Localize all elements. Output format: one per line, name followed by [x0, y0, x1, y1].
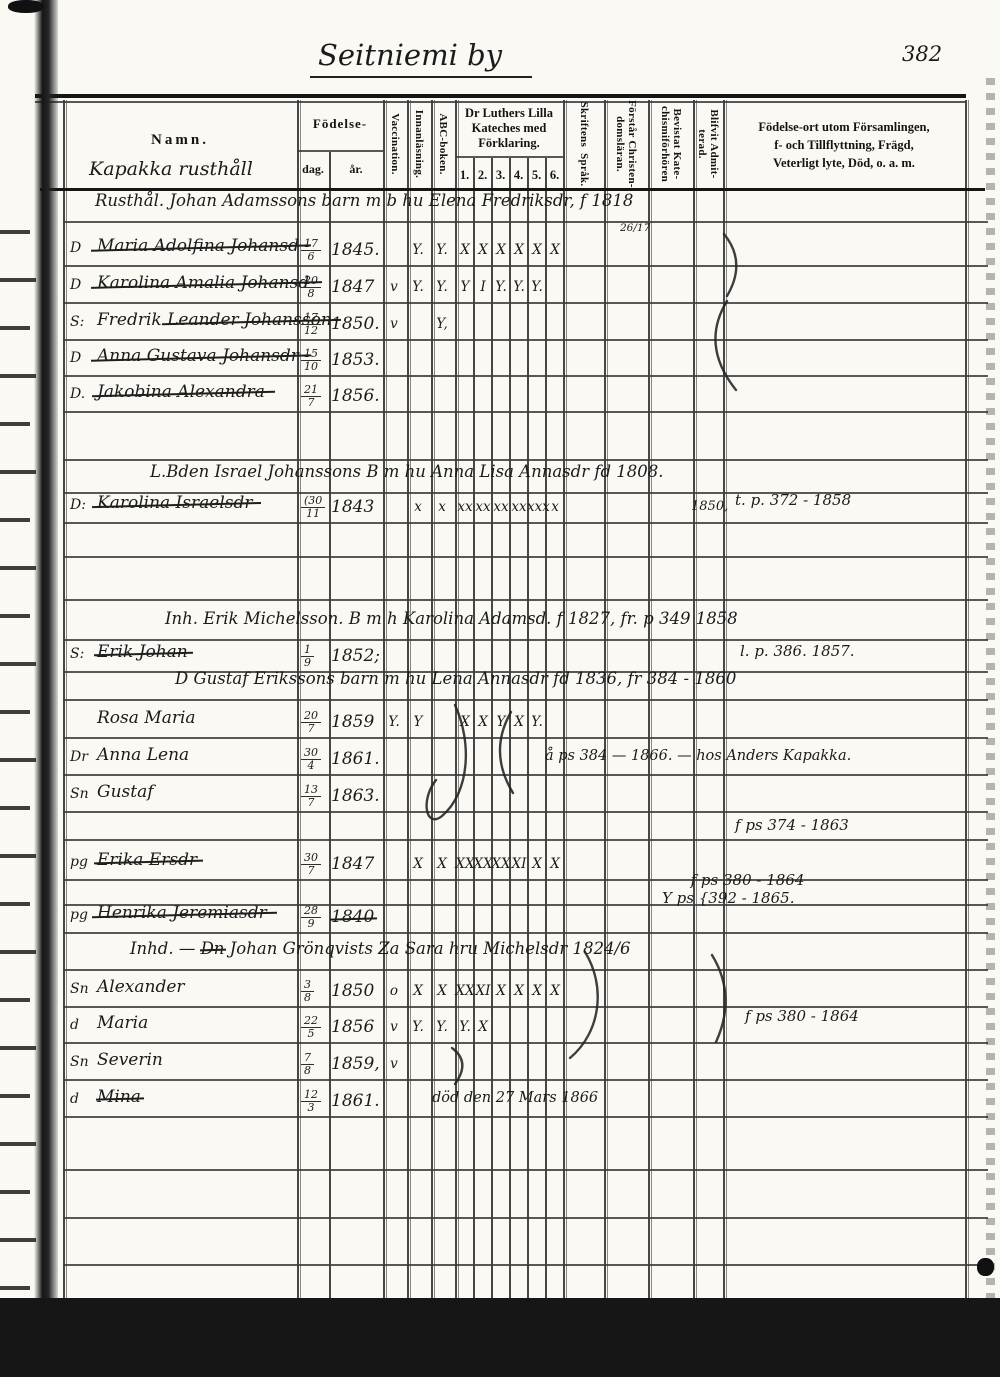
birth-month: 5	[308, 1028, 315, 1039]
birth-month: 10	[304, 361, 318, 372]
row-prefix: Sn	[70, 786, 89, 802]
birth-date: 176	[301, 238, 321, 262]
stitch-mark	[0, 518, 30, 522]
page-number: 382	[902, 42, 942, 66]
person-name-text: Rosa Maria	[97, 708, 196, 728]
birth-date: 225	[301, 1015, 321, 1039]
birth-day: 30	[301, 852, 321, 865]
person-name-text: Henrika Jeremiasdr	[97, 903, 267, 923]
row-prefix: D	[70, 350, 81, 366]
birth-year: 1863.	[331, 786, 380, 806]
row-rule	[63, 932, 988, 934]
stitch-mark	[0, 278, 36, 282]
row-prefix: D:	[70, 497, 86, 513]
row-rule	[63, 221, 988, 223]
birth-date: 304	[301, 747, 321, 771]
birth-day: 12	[301, 1089, 321, 1102]
column-header-skriftens-sprak: Skriftens Språk.	[563, 100, 604, 188]
row-rule	[63, 699, 988, 701]
table-top-border	[35, 94, 966, 98]
birth-date: 289	[301, 905, 321, 929]
column-header-vaccination: Vaccination.	[383, 100, 407, 188]
person-name-text: Gustaf	[97, 782, 154, 802]
exam-mark-k6: X	[545, 983, 565, 999]
birth-day: 17	[301, 312, 321, 325]
birth-date: 137	[301, 784, 321, 808]
margin-note: l. p. 386. 1857.	[740, 642, 855, 660]
header-text-post: Johan Grönqvists Za Sara hru Michelsdr 1…	[224, 939, 630, 958]
birth-date: 78	[301, 1052, 314, 1076]
birth-date: 123	[301, 1089, 321, 1113]
row-rule	[63, 1042, 988, 1044]
column-rule	[509, 158, 511, 1300]
exam-mark-k2: xx	[473, 499, 493, 515]
birth-day: (30	[301, 495, 325, 508]
person-name-text: Maria Adolfina Johansd	[97, 236, 299, 256]
birth-month: 11	[306, 508, 320, 519]
row-rule	[63, 639, 988, 641]
exam-mark-abc: Y,	[432, 316, 452, 332]
birth-day: 7	[301, 1052, 314, 1065]
exam-mark-k5: X	[527, 983, 547, 999]
exam-mark-k6: x	[545, 499, 565, 515]
birth-month: 7	[308, 797, 315, 808]
exam-mark-k5: X	[527, 242, 547, 258]
row-rule	[63, 737, 988, 739]
person-name: Maria	[97, 1013, 148, 1033]
exam-mark-k2: I	[473, 279, 493, 295]
birth-month: 8	[304, 1065, 311, 1076]
row-rule	[63, 411, 988, 413]
stitch-mark	[0, 758, 36, 762]
column-header-fodelseort-anteckningar: Födelse-ort utom Församlingen, f- och Ti…	[723, 100, 965, 188]
birth-month: 9	[304, 657, 311, 668]
birth-year: 1840	[331, 907, 374, 927]
exam-mark-abc: Y.	[432, 1019, 452, 1035]
row-prefix: D	[70, 240, 81, 256]
exam-mark-innan: X	[408, 856, 428, 872]
row-rule	[63, 302, 988, 304]
fodelseort-label: Födelse-ort utom Församlingen, f- och Ti…	[723, 118, 965, 172]
birth-day: 22	[301, 1015, 321, 1028]
birth-day: 28	[301, 905, 321, 918]
row-rule	[63, 492, 988, 494]
stitch-mark	[0, 1046, 36, 1050]
column-header-forstar-christendomslaran: Förstår Christen- domsläran.	[604, 100, 648, 188]
ledger-row: S:Erik Johan191852;l. p. 386. 1857.	[0, 639, 1000, 673]
birth-year: 1856.	[331, 386, 380, 406]
scan-ink-blot-topleft	[8, 0, 44, 13]
person-name-text: Anna Lena	[97, 745, 189, 765]
exam-mark-k3: Y.	[491, 279, 511, 295]
margin-note: f ps 374 - 1863	[735, 816, 849, 834]
person-name: Maria Adolfina Johansd	[97, 236, 299, 256]
birth-date: 1510	[301, 348, 321, 372]
stitch-mark	[0, 1238, 36, 1242]
ledger-row: SnGustaf1371863.	[0, 779, 1000, 813]
row-prefix: S:	[70, 646, 84, 662]
row-rule	[63, 459, 988, 461]
exam-mark-abc: X	[432, 983, 452, 999]
ledger-row: SnSeverin781859,v	[0, 1047, 1000, 1081]
exam-mark-innan: X	[408, 983, 428, 999]
person-name-text: Maria	[97, 1013, 148, 1033]
exam-mark-k5: Y.	[527, 714, 547, 730]
person-name-text: Erik Johan	[97, 642, 188, 662]
forstar-label: Förstår Christen- domsläran.	[614, 100, 638, 188]
section-title-handwritten: Kapakka rusthåll	[89, 158, 253, 180]
row-rule	[63, 339, 988, 341]
exam-mark-abc: Y.	[432, 242, 452, 258]
birth-month: 9	[308, 918, 315, 929]
birth-year: 1850.	[331, 314, 380, 334]
birth-year-text: 1840	[331, 907, 374, 927]
birth-year: 1847	[331, 277, 374, 297]
stitch-mark	[0, 566, 36, 570]
scan-bottom-border	[0, 1298, 1000, 1377]
row-rule	[63, 1169, 988, 1171]
birth-year: 1843	[331, 497, 374, 517]
birth-day: 3	[301, 979, 314, 992]
row-prefix: d	[70, 1017, 79, 1033]
birth-year: 1861.	[331, 1091, 380, 1111]
column-rule	[491, 158, 493, 1300]
birth-day: 30	[301, 747, 321, 760]
kateches-subcolumn-number: 3.	[491, 160, 509, 188]
column-rule	[527, 158, 529, 1300]
person-name: Karolina Israelsdr	[97, 493, 253, 513]
exam-mark-k2: XI	[473, 983, 493, 999]
exam-mark-abc: Y.	[432, 279, 452, 295]
household-header-text: Rusthål. Johan Adamssons barn m b hu Ele…	[95, 191, 633, 210]
exam-mark-k4: X	[509, 242, 529, 258]
person-name: Henrika Jeremiasdr	[97, 903, 267, 923]
exam-mark-vacc: v	[384, 1019, 404, 1035]
exam-mark-k4: xx	[509, 499, 529, 515]
stitch-mark	[0, 710, 30, 714]
kateches-subcolumn-number: 5.	[527, 160, 545, 188]
fodelse-label: Födelse-	[297, 116, 383, 132]
row-annotation: å ps 384 — 1866. — hos Anders Kapakka.	[545, 748, 851, 764]
ledger-row: SnAlexander381850oXXXXXIXXXX	[0, 974, 1000, 1008]
exam-mark-k3: XX	[491, 856, 511, 872]
ledger-row: Rosa Maria2071859Y.YXXYXY.	[0, 705, 1000, 739]
column-rule	[545, 158, 547, 1300]
kateches-subcolumn-number: 6.	[545, 160, 563, 188]
row-prefix: pg	[70, 907, 88, 923]
birth-day: 1	[301, 644, 314, 657]
birth-month: 3	[308, 1102, 315, 1113]
birth-year: 1859,	[331, 1054, 380, 1074]
exam-mark-innan: Y.	[408, 279, 428, 295]
ledger-row: S:Fredrik Leander Johansson17121850.vY,	[0, 307, 1000, 341]
dag-label: dag.	[297, 162, 329, 177]
row-prefix: D	[70, 277, 81, 293]
row-rule	[63, 879, 988, 881]
person-name: Jakobina Alexandra	[97, 382, 265, 402]
ar-label: år.	[331, 162, 381, 177]
page-title: Seitniemi by	[310, 38, 532, 78]
ledger-row: DMaria Adolfina Johansd1761845.Y.Y.XXXXX…	[0, 233, 1000, 267]
row-prefix: Sn	[70, 981, 89, 997]
birth-month: 6	[308, 251, 315, 262]
birth-month: 7	[308, 723, 315, 734]
exam-mark-k4: Y.	[509, 279, 529, 295]
person-name: Karolina Amalia Johansd	[97, 273, 309, 293]
exam-mark-k5: X	[527, 856, 547, 872]
birth-date: 208	[301, 275, 321, 299]
vaccination-label: Vaccination.	[389, 113, 401, 175]
birth-date: 19	[301, 644, 314, 668]
column-header-kateches: Dr Luthers Lilla Kateches med Förklaring…	[455, 100, 563, 188]
birth-day: 17	[301, 238, 321, 251]
person-name-text: Leander Johansson	[167, 310, 332, 330]
row-rule	[63, 1006, 988, 1008]
exam-mark-vacc: o	[384, 983, 404, 999]
row-rule	[63, 1116, 988, 1118]
row-prefix: pg	[70, 854, 88, 870]
abc-boken-label: ABC-boken.	[437, 113, 449, 174]
stitch-mark	[0, 614, 30, 618]
header-text-struck: Dn	[201, 939, 225, 958]
birth-day: 20	[301, 275, 321, 288]
row-rule	[63, 599, 988, 601]
stitch-mark	[0, 326, 30, 330]
ledger-row: DKarolina Amalia Johansd2081847vY.Y.YIY.…	[0, 270, 1000, 304]
person-name: Anna Gustava Johansdr	[97, 346, 299, 366]
header-bottom-border	[40, 188, 985, 191]
row-prefix: Dr	[70, 749, 88, 765]
person-name-text: Mina	[97, 1087, 141, 1107]
kateches-subcolumn-number: 1.	[455, 160, 473, 188]
birth-year: 1856	[331, 1017, 374, 1037]
stitch-mark	[0, 470, 36, 474]
stitch-mark	[0, 374, 36, 378]
person-name: Anna Lena	[97, 745, 189, 765]
namn-label: Namn.	[63, 132, 297, 149]
person-name: Gustaf	[97, 782, 154, 802]
birth-date: (3011	[301, 495, 325, 519]
exam-mark-k3: xx	[491, 499, 511, 515]
row-prefix: d	[70, 1091, 79, 1107]
stitch-mark	[0, 806, 30, 810]
birth-year: 1847	[331, 854, 374, 874]
row-rule	[63, 265, 988, 267]
stitch-mark	[0, 1094, 30, 1098]
exam-mark-k6: X	[545, 856, 565, 872]
column-rule	[473, 158, 475, 1300]
person-name-text: Karolina Amalia Johansd	[97, 273, 309, 293]
exam-mark-k2: X	[473, 1019, 493, 1035]
row-rule	[63, 1217, 988, 1219]
person-name: Erika Ersdr	[97, 850, 197, 870]
stitch-mark	[0, 662, 36, 666]
stitch-mark	[0, 1142, 36, 1146]
row-rule	[63, 839, 988, 841]
ledger-row: pgErika Ersdr3071847XXXXXXXXXIXXf ps 374…	[0, 847, 1000, 881]
row-rule	[63, 774, 988, 776]
exam-mark-vacc: v	[384, 1056, 404, 1072]
bevistat-label: Bevistat Kate- chismiförhören	[659, 106, 683, 182]
birth-year: 1853.	[331, 350, 380, 370]
birth-year: 1861.	[331, 749, 380, 769]
kateches-subcolumns: 1.2.3.4.5.6.	[455, 160, 563, 188]
birth-month: 7	[308, 865, 315, 876]
ledger-row: DrAnna Lena3041861.å ps 384 — 1866. — ho…	[0, 742, 1000, 776]
person-name: Erik Johan	[97, 642, 188, 662]
person-name: Rosa Maria	[97, 708, 196, 728]
stitch-mark	[0, 1286, 30, 1290]
row-rule	[63, 969, 988, 971]
row-rule	[63, 811, 988, 813]
birth-day: 20	[301, 710, 321, 723]
exam-mark-k2: XX	[473, 856, 493, 872]
birth-date: 1712	[301, 312, 321, 336]
person-name-text: Karolina Israelsdr	[97, 493, 253, 513]
birth-month: 8	[308, 288, 315, 299]
person-name: Mina	[97, 1087, 141, 1107]
header-sub-annotation: 26/17	[620, 222, 650, 234]
person-name-text: Erika Ersdr	[97, 850, 197, 870]
birth-year: 1850	[331, 981, 374, 1001]
margin-note: f ps 380 - 1864 Y ps {392 - 1865.	[662, 871, 804, 907]
birth-date: 207	[301, 710, 321, 734]
exam-mark-innan: Y.	[408, 242, 428, 258]
person-name-text: Jakobina Alexandra	[97, 382, 265, 402]
row-rule	[63, 1264, 988, 1266]
row-prefix: D.	[70, 386, 85, 402]
ledger-row: D.Jakobina Alexandra2171856.	[0, 379, 1000, 413]
group-header-row: Rusthål. Johan Adamssons barn m b hu Ele…	[0, 191, 1000, 225]
ledger-row: dMaria2251856vY.Y.Y.Xf ps 380 - 1864	[0, 1010, 1000, 1044]
birth-day: 21	[301, 384, 321, 397]
group-header-row: L.Bden Israel Johanssons B m hu Anna Lis…	[0, 462, 1000, 496]
birth-year: 1845.	[331, 240, 380, 260]
person-name-text: Anna Gustava Johansdr	[97, 346, 299, 366]
column-header-bevistat-katechismforhoren: Bevistat Kate- chismiförhören	[648, 100, 693, 188]
birth-year: 1852;	[331, 646, 380, 666]
kateches-subcolumn-number: 2.	[473, 160, 491, 188]
exam-mark-k3: Y	[491, 714, 511, 730]
scanned-parish-register-page: Seitniemi by 382 Namn. Kapakka rusthåll …	[0, 0, 1000, 1377]
exam-mark-k2: X	[473, 242, 493, 258]
exam-mark-k6: X	[545, 242, 565, 258]
exam-mark-k4: X	[509, 983, 529, 999]
birth-month: 4	[308, 760, 315, 771]
birth-date: 217	[301, 384, 321, 408]
household-header-text: Inhd. — Dn Johan Grönqvists Za Sara hru …	[130, 939, 631, 958]
exam-mark-innan: x	[408, 499, 428, 515]
column-rule	[329, 152, 331, 1300]
header-text-pre: Inhd. —	[130, 939, 201, 958]
row-rule	[63, 375, 988, 377]
group-header-row: D Gustaf Erikssons barn m hu Lena Annasd…	[0, 669, 1000, 703]
margin-note: f ps 380 - 1864	[745, 1007, 859, 1025]
stitch-mark	[0, 950, 36, 954]
row-rule	[63, 522, 988, 524]
exam-mark-vacc: Y.	[384, 714, 404, 730]
birth-month: 8	[304, 992, 311, 1003]
stitch-mark	[0, 1190, 30, 1194]
row-rule	[63, 1079, 988, 1081]
column-header-blifvit-admitterad: Blifvit Admit- terad.	[693, 100, 723, 188]
ledger-row: dMina1231861.död den 27 Mars 1866	[0, 1084, 1000, 1118]
stitch-mark	[0, 854, 36, 858]
exam-mark-k5: xxx	[527, 499, 547, 515]
blifvit-label: Blifvit Admit- terad.	[696, 109, 720, 178]
person-name-plain: Fredrik	[97, 310, 167, 330]
stitch-mark	[0, 998, 30, 1002]
exam-mark-innan: Y.	[408, 1019, 428, 1035]
person-name: Severin	[97, 1050, 163, 1070]
birth-date: 307	[301, 852, 321, 876]
ledger-row: D:Karolina Israelsdr(30111843xxxxxxxxxxx…	[0, 490, 1000, 524]
exam-mark-k2: X	[473, 714, 493, 730]
kateches-subcolumn-number: 4.	[509, 160, 527, 188]
person-name-text: Alexander	[97, 977, 185, 997]
row-prefix: Sn	[70, 1054, 89, 1070]
birth-day: 13	[301, 784, 321, 797]
scan-ink-blot-right	[977, 1258, 994, 1276]
exam-mark-innan: Y	[408, 714, 428, 730]
skriftens-sprak-label: Skriftens Språk.	[578, 102, 590, 187]
brace-group3	[500, 712, 513, 793]
ledger-row: DAnna Gustava Johansdr15101853.	[0, 343, 1000, 377]
person-name: Alexander	[97, 977, 185, 997]
group-header-row: Inhd. — Dn Johan Grönqvists Za Sara hru …	[0, 939, 1000, 973]
birth-date: 38	[301, 979, 314, 1003]
row-rule	[63, 556, 988, 558]
stitch-mark	[0, 422, 30, 426]
row-prefix: S:	[70, 314, 84, 330]
book-binding-edge	[34, 0, 58, 1377]
column-header-fodelse: Födelse- dag. år.	[297, 100, 383, 188]
exam-mark-k4: XI	[509, 856, 529, 872]
exam-mark-vacc: v	[384, 316, 404, 332]
column-header-namn: Namn. Kapakka rusthåll	[63, 100, 297, 188]
row-rule	[63, 671, 988, 673]
row-rule	[63, 904, 988, 906]
exam-mark-vacc: v	[384, 279, 404, 295]
exam-mark-abc: x	[432, 499, 452, 515]
kateches-label: Dr Luthers Lilla Kateches med Förklaring…	[451, 106, 567, 151]
exam-mark-k3: X	[491, 983, 511, 999]
birth-year: 1859	[331, 712, 374, 732]
exam-mark-abc: X	[432, 856, 452, 872]
column-header-innanlasning: Innanläsning.	[407, 100, 431, 188]
birth-month: 12	[304, 325, 318, 336]
stitch-mark	[0, 230, 30, 234]
exam-mark-k5: Y.	[527, 279, 547, 295]
scan-edge-noise	[986, 78, 995, 1298]
stitch-mark	[0, 902, 30, 906]
birth-month: 7	[308, 397, 315, 408]
exam-mark-k3: X	[491, 242, 511, 258]
person-name-text: Severin	[97, 1050, 163, 1070]
exam-mark-k4: X	[509, 714, 529, 730]
birth-day: 15	[301, 348, 321, 361]
group-header-row: Inh. Erik Michelsson. B m h Karolina Ada…	[0, 609, 1000, 643]
innanlasning-label: Innanläsning.	[413, 110, 425, 178]
